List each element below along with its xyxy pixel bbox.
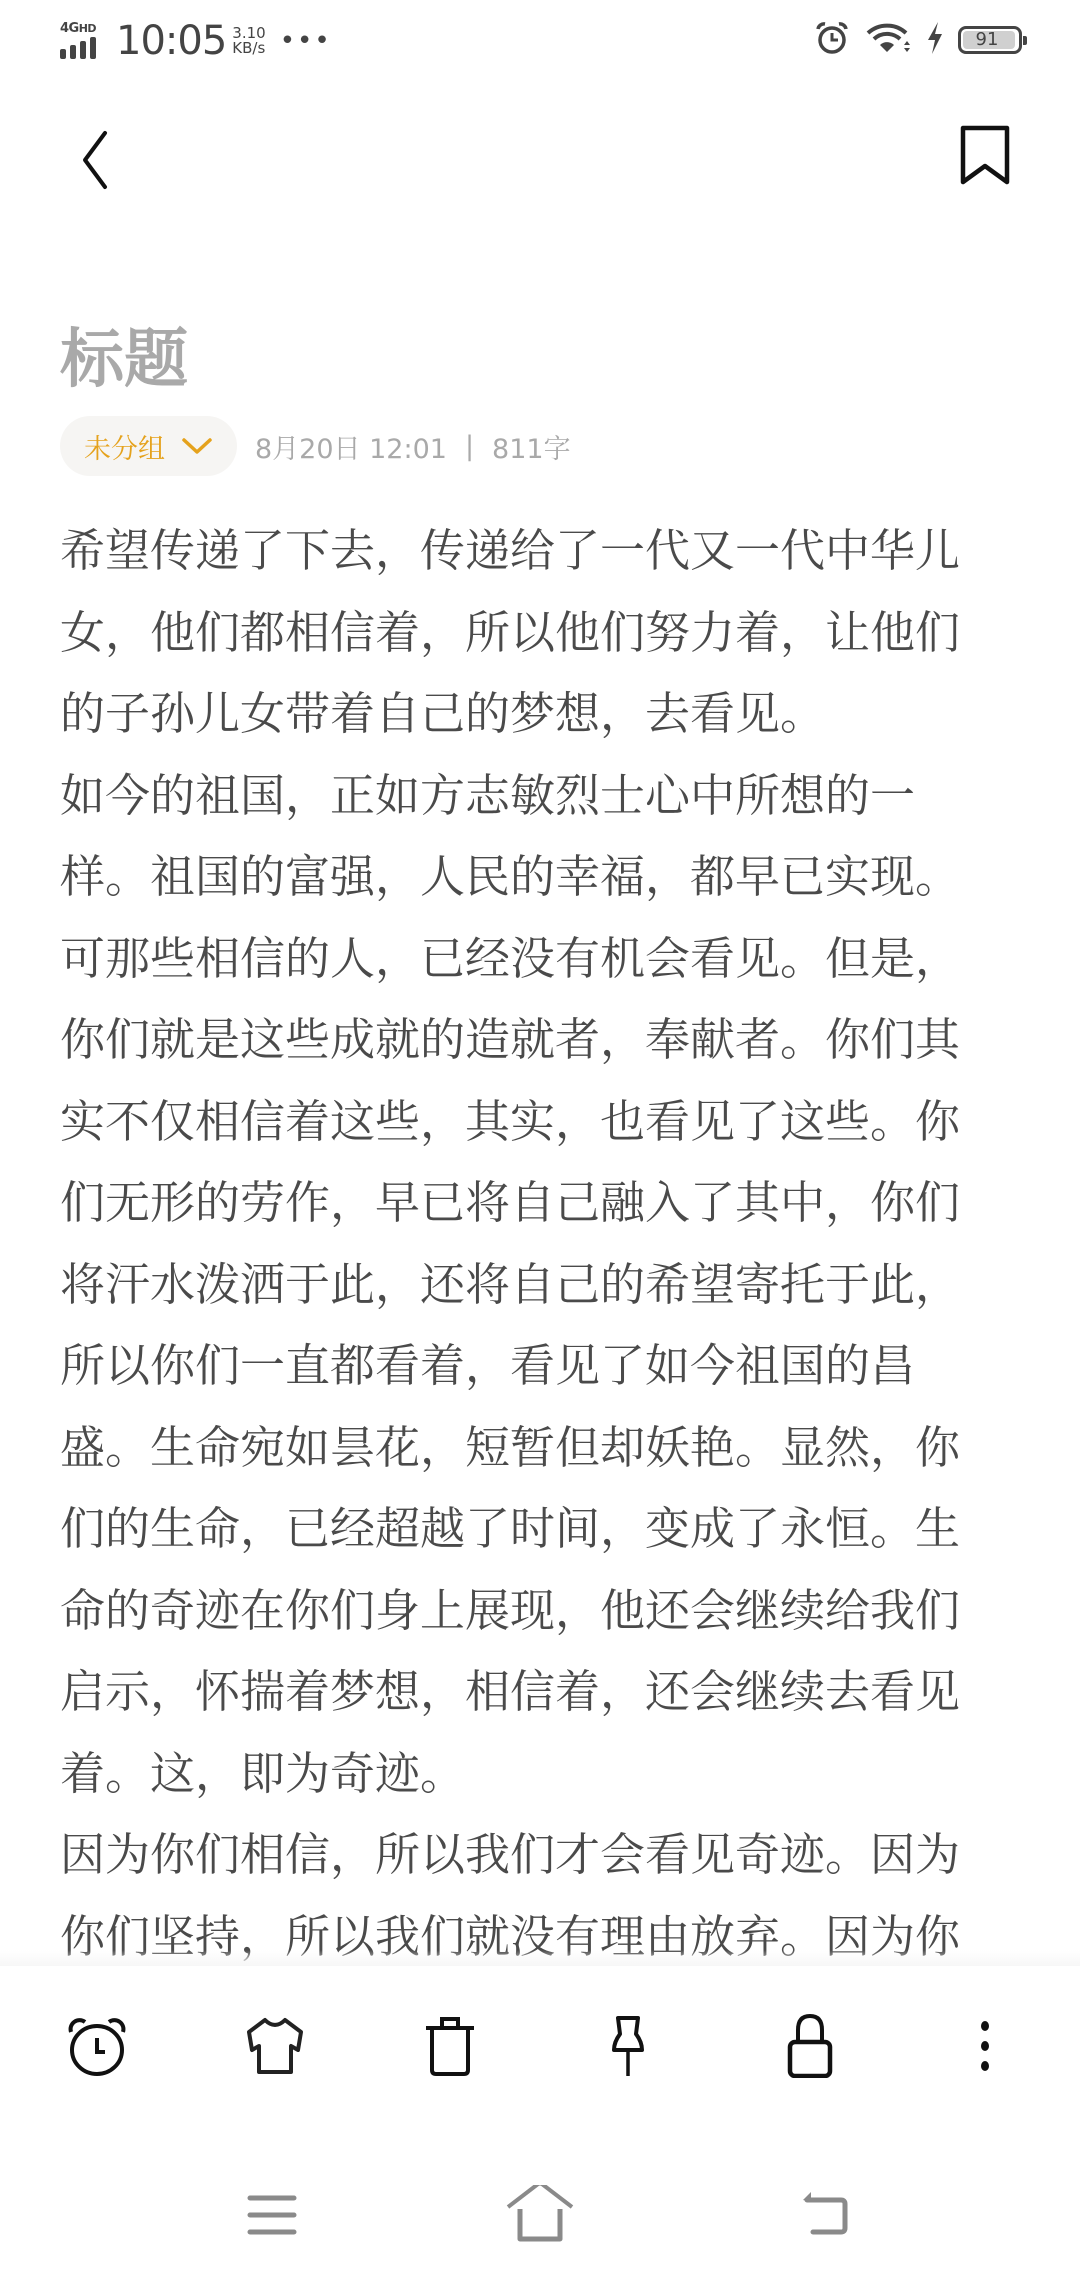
delete-button[interactable]	[410, 2006, 490, 2086]
note-title-input[interactable]: 标题	[60, 308, 188, 400]
alarm-clock-icon	[65, 2014, 129, 2078]
bookmark-icon	[955, 122, 1015, 192]
body-line: 盛。生命宛如昙花，短暂但却妖艳。显然，你	[60, 1407, 1025, 1489]
battery-icon: 91	[958, 26, 1022, 54]
more-button[interactable]	[945, 2006, 1025, 2086]
status-right: 91	[814, 20, 1022, 60]
chevron-down-icon	[181, 436, 213, 456]
meta-info: 8月20日 12:01 | 811字	[255, 427, 571, 466]
lock-icon	[778, 2014, 842, 2078]
body-line: 希望传递了下去，传递给了一代又一代中华儿	[60, 510, 1025, 592]
bookmark-button[interactable]	[955, 122, 1015, 192]
body-line: 样。祖国的富强，人民的幸福，都早已实现。	[60, 836, 1025, 918]
status-left: 4GHD 10:05 3.10 KB/s •••	[60, 18, 332, 64]
more-notifications-icon: •••	[280, 26, 332, 56]
body-line: 的子孙儿女带着自己的梦想，去看见。	[60, 673, 1025, 755]
status-bar: 4GHD 10:05 3.10 KB/s ••• 91	[0, 0, 1080, 84]
pin-button[interactable]	[588, 2006, 668, 2086]
network-speed: 3.10 KB/s	[232, 26, 265, 56]
body-line: 将汗水泼洒于此，还将自己的希望寄托于此，	[60, 1244, 1025, 1326]
body-line: 如今的祖国，正如方志敏烈士心中所想的一	[60, 755, 1025, 837]
body-line: 可那些相信的人，已经没有机会看见。但是，	[60, 918, 1025, 1000]
body-line: 所以你们一直都看着，看见了如今祖国的昌	[60, 1325, 1025, 1407]
note-date: 8月20日 12:01	[255, 427, 447, 466]
more-vertical-icon	[975, 2014, 995, 2078]
pushpin-icon	[596, 2014, 660, 2078]
battery-level: 91	[961, 29, 1013, 51]
back-icon	[795, 2190, 855, 2240]
home-icon	[500, 2185, 580, 2245]
word-count: 811字	[492, 427, 571, 466]
top-bar	[0, 100, 1080, 220]
body-line: 你们就是这些成就的造就者，奉献者。你们其	[60, 999, 1025, 1081]
body-line: 实不仅相信着这些，其实，也看见了这些。你	[60, 1081, 1025, 1163]
charging-icon	[926, 22, 944, 58]
lock-button[interactable]	[770, 2006, 850, 2086]
theme-button[interactable]	[235, 2006, 315, 2086]
note-meta: 未分组 8月20日 12:01 | 811字	[60, 416, 571, 476]
alarm-icon	[814, 20, 850, 60]
recent-apps-button[interactable]	[232, 2185, 312, 2245]
reminder-button[interactable]	[57, 2006, 137, 2086]
wifi-icon	[864, 21, 912, 59]
home-button[interactable]	[500, 2185, 580, 2245]
clock: 10:05	[116, 18, 226, 64]
body-line: 们无形的劳作，早已将自己融入了其中，你们	[60, 1162, 1025, 1244]
group-label: 未分组	[84, 427, 165, 466]
back-nav-button[interactable]	[785, 2185, 865, 2245]
body-line: 命的奇迹在你们身上展现，他还会继续给我们	[60, 1570, 1025, 1652]
note-body-editor[interactable]: 希望传递了下去，传递给了一代又一代中华儿 女，他们都相信着，所以他们努力着，让他…	[60, 510, 1025, 1977]
back-button[interactable]	[70, 125, 130, 195]
meta-separator: |	[465, 431, 474, 462]
body-line: 们的生命，已经超越了时间，变成了永恒。生	[60, 1488, 1025, 1570]
shirt-icon	[243, 2014, 307, 2078]
chevron-left-icon	[70, 125, 130, 195]
menu-icon	[242, 2190, 302, 2240]
group-selector[interactable]: 未分组	[60, 416, 237, 476]
body-line: 女，他们都相信着，所以他们努力着，让他们	[60, 592, 1025, 674]
system-nav-bar	[0, 2150, 1080, 2280]
body-line: 着。这，即为奇迹。	[60, 1733, 1025, 1815]
body-line: 启示，怀揣着梦想，相信着，还会继续去看见	[60, 1651, 1025, 1733]
body-line: 因为你们相信，所以我们才会看见奇迹。因为	[60, 1814, 1025, 1896]
network-type: 4GHD	[60, 21, 96, 36]
signal-icon: 4GHD	[60, 21, 106, 61]
speed-unit: KB/s	[232, 41, 265, 56]
note-toolbar	[0, 1965, 1080, 2106]
trash-icon	[418, 2014, 482, 2078]
